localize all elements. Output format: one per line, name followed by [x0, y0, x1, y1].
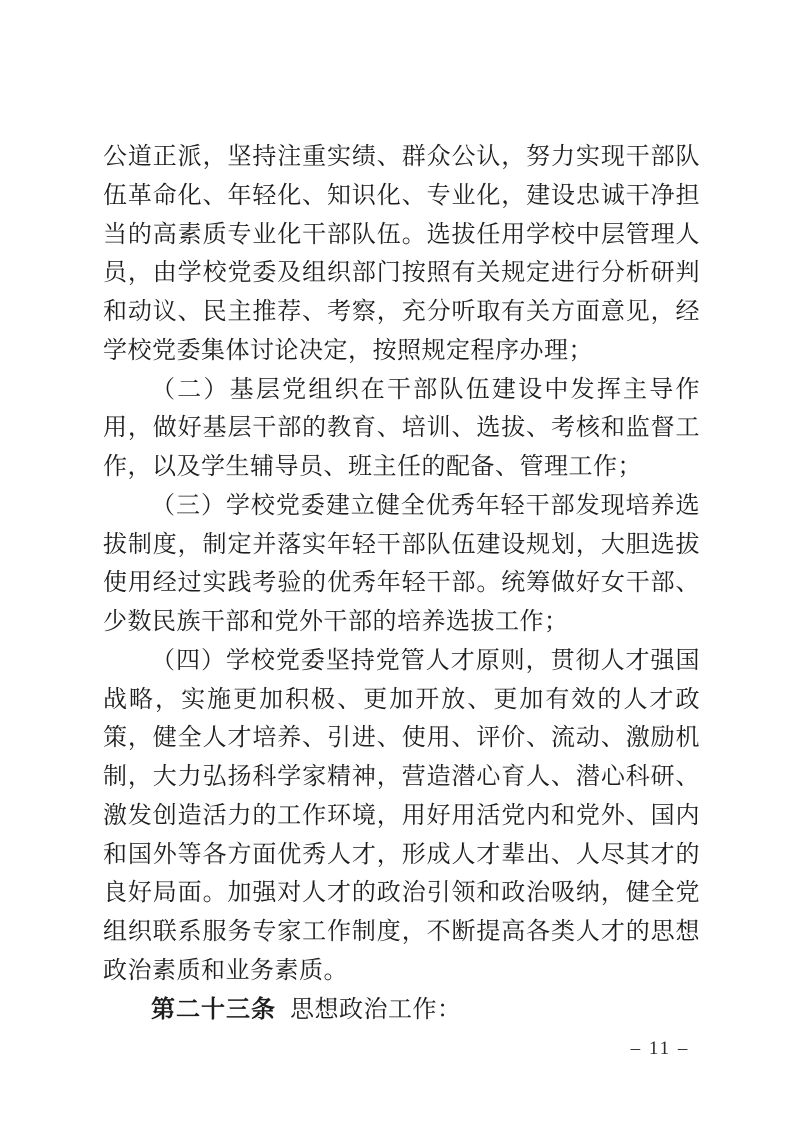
article-heading: 第二十三条思想政治工作： [103, 991, 700, 1030]
clause-item-4: （四）学校党委坚持党管人才原则，贯彻人才强国战略，实施更加积极、更加开放、更加有… [103, 642, 700, 991]
article-number: 第二十三条 [151, 996, 276, 1023]
paragraph-continuation: 公道正派，坚持注重实绩、群众公认，努力实现干部队伍革命化、年轻化、知识化、专业化… [103, 138, 700, 371]
page-number: – 11 – [620, 1038, 700, 1060]
clause-item-2: （二）基层党组织在干部队伍建设中发挥主导作用，做好基层干部的教育、培训、选拔、考… [103, 371, 700, 487]
document-page: 公道正派，坚持注重实绩、群众公认，努力实现干部队伍革命化、年轻化、知识化、专业化… [0, 0, 793, 1122]
article-title: 思想政治工作： [290, 997, 462, 1023]
clause-item-3: （三）学校党委建立健全优秀年轻干部发现培养选拔制度，制定并落实年轻干部队伍建设规… [103, 487, 700, 642]
document-body: 公道正派，坚持注重实绩、群众公认，努力实现干部队伍革命化、年轻化、知识化、专业化… [103, 138, 700, 1029]
